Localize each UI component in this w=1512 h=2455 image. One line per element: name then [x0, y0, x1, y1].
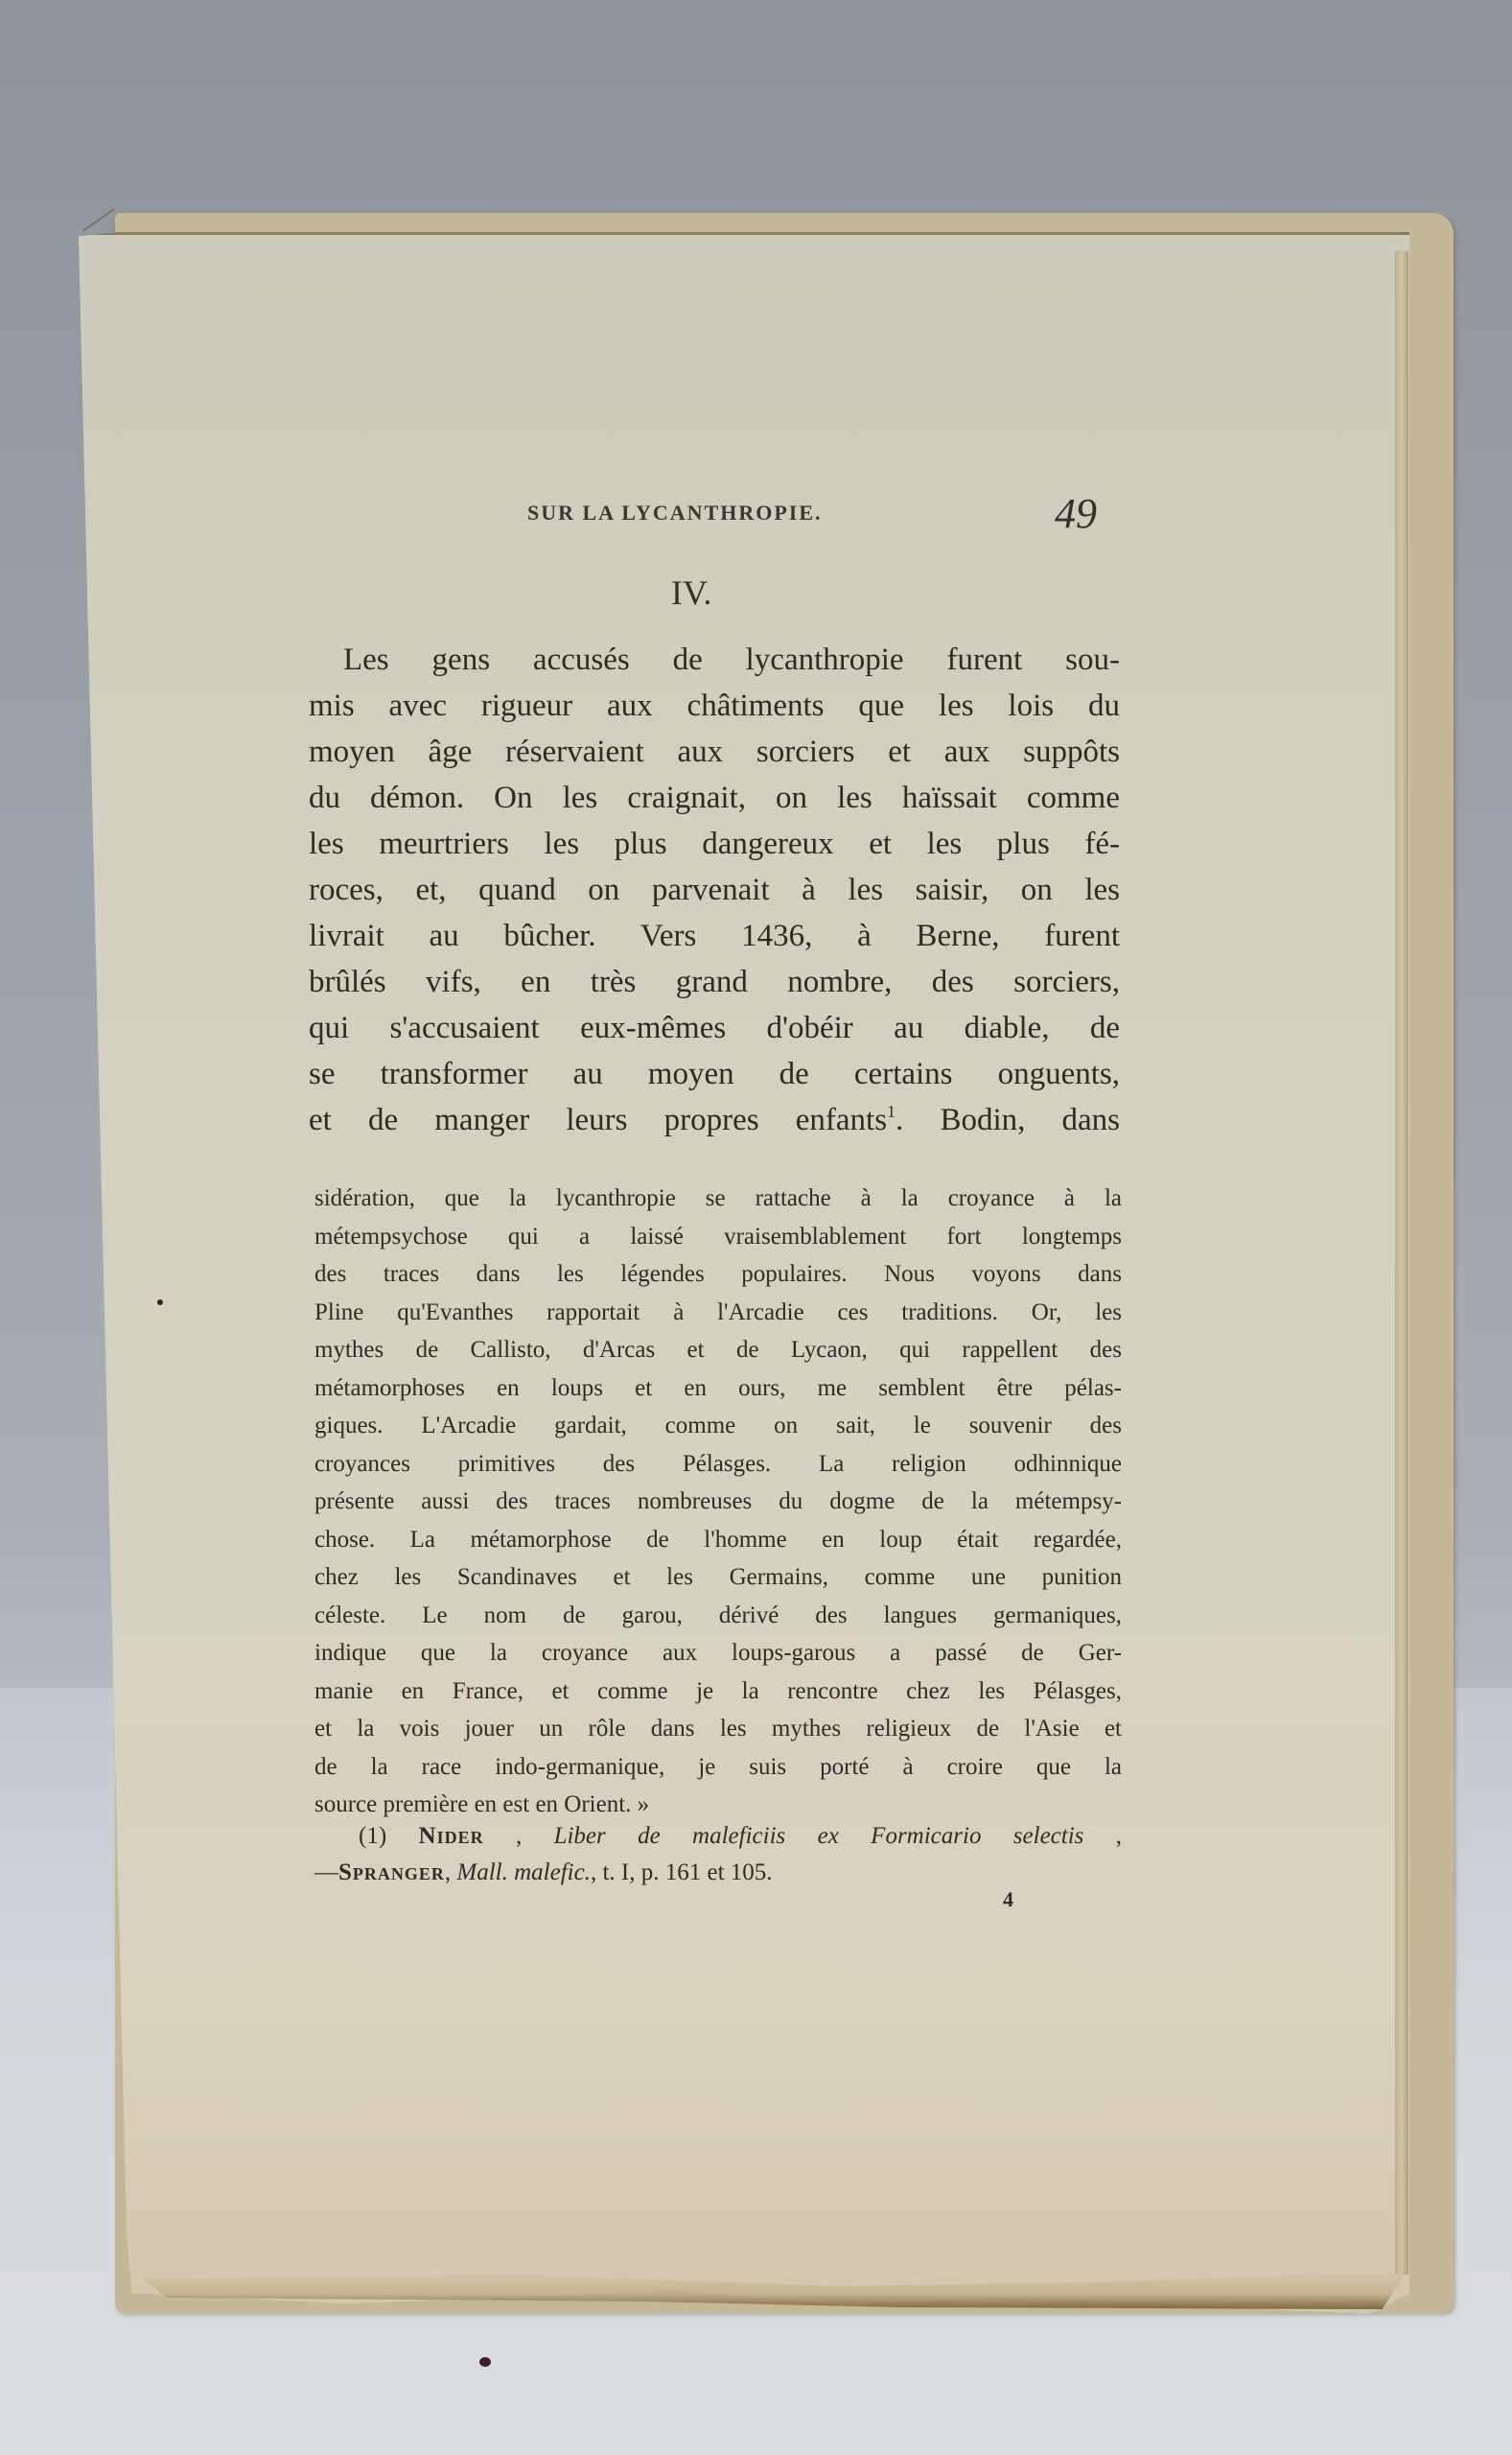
- footnote-separator: ,: [1116, 1823, 1122, 1849]
- body-line-tail: . Bodin, dans: [896, 1103, 1120, 1137]
- debris-speck: [479, 2357, 491, 2367]
- body-line: moyen âge réservaient aux sorciers et au…: [309, 729, 1120, 775]
- body-line: roces, et, quand on parvenait à les sais…: [309, 867, 1120, 913]
- quoted-footnote-continuation: sidération, que la lycanthropie se ratta…: [314, 1180, 1122, 1824]
- footnote: (1) Nider , Liber de maleficiis ex Formi…: [314, 1818, 1122, 1891]
- quote-line: sidération, que la lycanthropie se ratta…: [314, 1180, 1122, 1218]
- quote-line: giques. L'Arcadie gardait, comme on sait…: [314, 1407, 1122, 1445]
- body-line-last: et de manger leurs propres enfants1. Bod…: [309, 1097, 1120, 1143]
- footnote-line: —Spranger, Mall. malefic., t. I, p. 161 …: [314, 1855, 1122, 1891]
- section-number: IV.: [671, 573, 711, 613]
- body-line-text: et de manger leurs propres enfants: [309, 1103, 887, 1137]
- signature-mark: 4: [1003, 1887, 1013, 1912]
- quote-line: de la race indo-germanique, je suis port…: [314, 1748, 1122, 1787]
- body-paragraph: Les gens accusés de lycanthropie furent …: [309, 637, 1120, 1143]
- body-line: Les gens accusés de lycanthropie furent …: [309, 637, 1120, 683]
- body-line: se transformer au moyen de certains ongu…: [309, 1051, 1120, 1097]
- quote-line: indique que la croyance aux loups-garous…: [314, 1634, 1122, 1672]
- quote-line: métempsychose qui a laissé vraisemblable…: [314, 1218, 1122, 1256]
- footnote-reference-detail: , t. I, p. 161 et 105.: [591, 1859, 773, 1885]
- quote-line: chose. La métamorphose de l'homme en lou…: [314, 1521, 1122, 1559]
- quote-line: métamorphoses en loups et en ours, me se…: [314, 1369, 1122, 1408]
- footnote-reference: 1: [887, 1102, 896, 1121]
- quote-line: Pline qu'Evanthes rapportait à l'Arcadie…: [314, 1294, 1122, 1332]
- quote-line: des traces dans les légendes populaires.…: [314, 1255, 1122, 1294]
- body-line: livrait au bûcher. Vers 1436, à Berne, f…: [309, 913, 1120, 959]
- quote-line: chez les Scandinaves et les Germains, co…: [314, 1558, 1122, 1597]
- body-line: du démon. On les craignait, on les haïss…: [309, 775, 1120, 821]
- page-right-edge: [1395, 251, 1408, 2275]
- body-line: brûlés vifs, en très grand nombre, des s…: [309, 959, 1120, 1005]
- page-number: 49: [1055, 489, 1097, 538]
- footnote-line: (1) Nider , Liber de maleficiis ex Formi…: [314, 1818, 1122, 1855]
- footnote-title: Liber de maleficiis ex Formicario select…: [554, 1823, 1084, 1849]
- quote-line: croyances primitives des Pélasges. La re…: [314, 1445, 1122, 1484]
- running-head: SUR LA LYCANTHROPIE.: [527, 501, 823, 526]
- body-line: qui s'accusaient eux-mêmes d'obéir au di…: [309, 1005, 1120, 1051]
- quote-line: présente aussi des traces nombreuses du …: [314, 1483, 1122, 1521]
- quote-line: mythes de Callisto, d'Arcas et de Lycaon…: [314, 1331, 1122, 1369]
- footnote-dash: —: [314, 1859, 338, 1885]
- quote-line: et la vois jouer un rôle dans les mythes…: [314, 1710, 1122, 1748]
- body-line: les meurtriers les plus dangereux et les…: [309, 821, 1120, 867]
- footnote-marker: (1): [359, 1823, 386, 1849]
- body-line: mis avec rigueur aux châtiments que les …: [309, 683, 1120, 729]
- footnote-author: Spranger: [338, 1859, 445, 1885]
- ink-speck: [157, 1299, 163, 1305]
- footnote-author: Nider: [419, 1823, 484, 1849]
- quote-line: manie en France, et comme je la rencontr…: [314, 1672, 1122, 1711]
- footnote-title: Mall. malefic.: [456, 1859, 591, 1885]
- quote-line: céleste. Le nom de garou, dérivé des lan…: [314, 1597, 1122, 1635]
